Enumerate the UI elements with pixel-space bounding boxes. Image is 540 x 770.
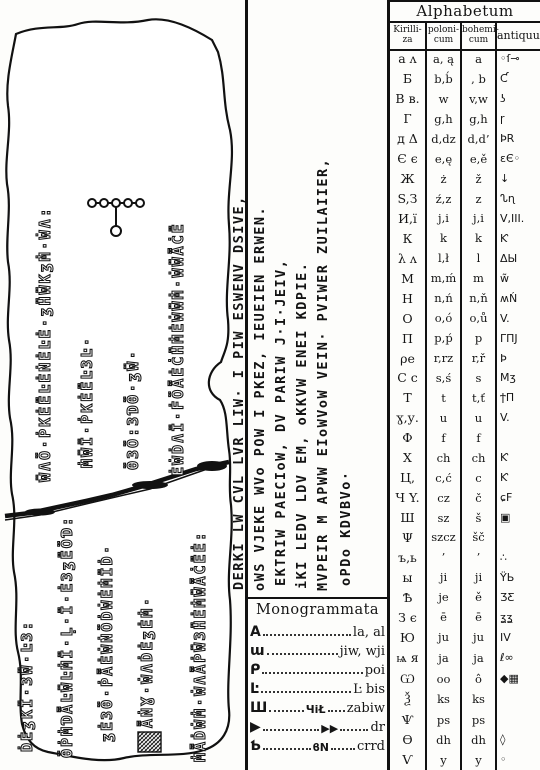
alphabet-cell-ant: w̃ [497, 268, 540, 288]
alphabet-cell-ant: ɕϜ [497, 488, 540, 508]
monogram-glyph: ▶ [250, 720, 261, 735]
alphabet-cell-pol: oo [427, 668, 462, 689]
alphabet-cell-ant: ◆▦ [497, 668, 540, 689]
alphabet-cell-boh: ē [462, 607, 497, 627]
alphabet-cell-boh: ps [462, 710, 497, 730]
alphabet-cell-pol: ja [427, 647, 462, 668]
alphabet-cell-boh: ji [462, 567, 497, 587]
stone-drawing: ẄɅÖ·ṖKĖЁĿĖṄĖĿĖ·ʒḦẄKʒṀ·ẆɅ:ṀẄÏ·ṖKĖЁĿЗĿ·ӪЗÖ… [0, 0, 245, 770]
monogrammata-title: Monogrammata [250, 602, 385, 618]
alphabet-cell-boh: ô [462, 668, 497, 689]
transliteration-line: iKI LEDV LDV EM, oKKVW ENEI KDPIE. [292, 262, 312, 589]
alphabet-cell-ant: ʓʓ [497, 607, 540, 627]
stone-glyph-column: ǞṄƔ·ẆɅḊĖʒĖṀ· [135, 596, 156, 728]
column-header-kirilliza: Kirilli-za [390, 23, 427, 49]
alphabet-cell-ant: ◦ſ⊸ [497, 49, 540, 69]
alphabet-cell-pol: dh [427, 730, 462, 750]
alphabet-row: ѩ яjajaℓ∞ [390, 647, 540, 668]
alphabet-cell-boh: r,ř [462, 348, 497, 368]
alphabet-cell-kir: ρе [390, 348, 427, 368]
alphabet-row: Бb,b́, bƇ [390, 69, 540, 89]
column-header-antiquum: antiquum [497, 23, 540, 49]
alphabet-cell-kir: λ ʌ [390, 248, 427, 268]
alphabet-cell-pol: t [427, 388, 462, 408]
alphabet-cell-ant: Ƈ [497, 69, 540, 89]
alphabet-row: Ѳdhdh◊ [390, 730, 540, 750]
alphabet-row: Фff [390, 428, 540, 448]
hatched-square [138, 732, 161, 752]
monogram-label: Ŀ bis [353, 682, 385, 697]
alphabet-row: ъ,ь’’∴ [390, 547, 540, 567]
alphabet-row: д Δd,dzd,d’ÞR [390, 129, 540, 149]
alphabet-cell-pol: c,ć [427, 468, 462, 488]
alphabet-row: Гg,hg,hɼ [390, 109, 540, 129]
alphabet-header-row: Kirilli-za poloni-cum bohemi-cum antiquu… [390, 23, 540, 51]
alphabet-cell-boh: e,ě [462, 149, 497, 169]
dotted-leader [331, 748, 355, 750]
alphabet-row: С сs,śsMʒ [390, 368, 540, 388]
monogram-row: Ala, al [250, 621, 385, 640]
alphabet-cell-ant: Þ [497, 348, 540, 368]
alphabet-row: ɣ,у.uuV. [390, 408, 540, 428]
alphabet-cell-ant: ◦ [497, 750, 540, 770]
alphabet-row: Ѵyy◦ [390, 750, 540, 770]
alphabet-cell-ant: Mʒ [497, 368, 540, 388]
stone-glyph-column: ṀǞḊẆṀ·ẆɅǞṖẄЗḦĖṀẄǞĊЁĖ: [188, 530, 209, 762]
alphabet-cell-kir: ъ,ь [390, 547, 427, 567]
alphabet-cell-kir: Т [390, 388, 427, 408]
alphabet-cell-ant: ϯΠ [497, 388, 540, 408]
alphabet-row: ѢjeěƷƸ [390, 587, 540, 607]
alphabet-cell-boh: dh [462, 730, 497, 750]
alphabet-cell-kir: Г [390, 109, 427, 129]
alphabet-cell-boh: f [462, 428, 497, 448]
alphabet-cell-pol: k [427, 228, 462, 248]
alphabet-cell-pol: ż [427, 169, 462, 189]
transliteration-line: MVPEIR M APWW EIoWVoW VEIN· PVIWER ZUILA… [313, 158, 333, 591]
alphabet-cell-boh: l [462, 248, 497, 268]
alphabet-cell-kir: Ц, [390, 468, 427, 488]
alphabet-cell-pol: n,ń [427, 288, 462, 308]
dotted-leader [328, 710, 345, 712]
alphabet-cell-kir: Ѣ [390, 587, 427, 607]
alphabet-cell-boh: z [462, 189, 497, 209]
alphabet-cell-boh: , b [462, 69, 497, 89]
alphabet-cell-ant [497, 428, 540, 448]
alphabet-cell-kir: К [390, 228, 427, 248]
alphabet-cell-ant: ↓ [497, 169, 540, 189]
alphabet-cell-boh: t,ť [462, 388, 497, 408]
alphabet-cell-ant: V,III. [497, 209, 540, 229]
alphabet-cell-pol: ji [427, 567, 462, 587]
alphabet-row: ХchchƘ [390, 448, 540, 468]
alphabet-cell-pol: b,b́ [427, 69, 462, 89]
alphabet-cell-boh: ks [462, 689, 497, 710]
stone-glyph-column: ӪЗÖ:ЗƊӪ·ʒẄ· [123, 349, 142, 470]
alphabet-row: В в.wv,wʖ [390, 89, 540, 109]
alphabet-cell-pol: je [427, 587, 462, 607]
alphabet-cell-boh: ě [462, 587, 497, 607]
stone-glyph-column: ṀẄÏ·ṖKĖЁĿЗĿ· [77, 336, 96, 468]
alphabet-row: З єēēʓʓ [390, 607, 540, 627]
alphabet-cell-kir: Ю [390, 627, 427, 647]
alphabet-row: ρеr,rzr,řÞ [390, 348, 540, 368]
alphabet-cell-ant: ᔐɳ [497, 189, 540, 209]
alphabet-cell-boh: d,d’ [462, 129, 497, 149]
stone-glyph-column: ӪṖṀƊǞĿẄĿṀÏ·Ḷ·Ï·ĖЗʒЁÖƊ: [55, 515, 76, 758]
alphabet-cell-boh: p [462, 328, 497, 348]
alphabet-row: Ѡooô◆▦ [390, 668, 540, 689]
alphabet-title: Alphabetum [390, 2, 540, 23]
alphabet-cell-ant: ▣ [497, 508, 540, 528]
alphabet-cell-boh: ja [462, 647, 497, 668]
alphabet-cell-pol: f [427, 428, 462, 448]
alphabet-row: S,Зź,zzᔐɳ [390, 189, 540, 209]
alphabet-cell-ant: ɼ [497, 109, 540, 129]
alphabet-cell-pol: ’ [427, 547, 462, 567]
transliteration-line: EKTRIW PAECIoW, DV PARIW J·I·JEIV, [271, 259, 291, 586]
alphabet-cell-ant: ΔЫ [497, 248, 540, 268]
dotted-leader [269, 710, 304, 712]
scanned-plate-page: ẄɅÖ·ṖKĖЁĿĖṄĖĿĖ·ʒḦẄKʒṀ·ẆɅ:ṀẄÏ·ṖKĖЁĿЗĿ·ӪЗÖ… [0, 0, 540, 770]
alphabet-cell-boh: j,i [462, 209, 497, 229]
alphabet-row: И,їj,ij,iV,III. [390, 209, 540, 229]
transliteration-line: oWS VJEKE WVo POW I PKEZ, IEUEIEN ERWEN. [250, 206, 270, 591]
monogram-glyph: Ƅ [250, 739, 261, 754]
alphabet-cell-pol: s,ś [427, 368, 462, 388]
monogram-mid-glyphs: ЧiŁ [306, 703, 326, 716]
alphabet-cell-pol: g,h [427, 109, 462, 129]
alphabet-row: Ѱpsps [390, 710, 540, 730]
monogram-row: ɯjiw, wji [250, 640, 385, 659]
alphabet-cell-pol: d,dz [427, 129, 462, 149]
alphabet-cell-kir: Ѯ [390, 689, 427, 710]
alphabet-cell-ant: ʖ [497, 89, 540, 109]
transliteration-line: oPDo KDVBVo· [336, 470, 356, 586]
stone-glyph-column: ʒĖЗӪ·ṖǞĖẆṄÖḊẆĖṀÏḊ· [95, 543, 116, 742]
alphabet-cell-pol: sz [427, 508, 462, 528]
alphabet-cell-boh: ch [462, 448, 497, 468]
alphabet-cell-boh: šč [462, 528, 497, 548]
alphabet-cell-boh: v,w [462, 89, 497, 109]
alphabet-cell-kir: М [390, 268, 427, 288]
alphabet-cell-kir: С с [390, 368, 427, 388]
alphabet-cell-pol: ch [427, 448, 462, 468]
alphabet-cell-ant: ℓ∞ [497, 647, 540, 668]
monogram-glyph: ᑭ [250, 663, 260, 678]
alphabet-cell-boh: ju [462, 627, 497, 647]
alphabet-cell-kir: Ѵ [390, 750, 427, 770]
alphabet-table: Alphabetum Kirilli-za poloni-cum bohemi-… [390, 0, 540, 770]
alphabet-cell-kir: ы [390, 567, 427, 587]
alphabet-cell-kir: В в. [390, 89, 427, 109]
alphabet-cell-pol: ju [427, 627, 462, 647]
alphabet-cell-pol: p,ṕ [427, 328, 462, 348]
alphabet-cell-pol: ē [427, 607, 462, 627]
alphabet-cell-pol: a, ą [427, 49, 462, 69]
monogram-mid-glyphs: ▶▶ [321, 722, 338, 735]
alphabet-cell-pol: u [427, 408, 462, 428]
transliteration-block: DERKI LW CVL LVR LIW· I PIW ESWENV DSIVE… [246, 0, 387, 597]
stone-glyph-column: ĖẆḊɅÏ·ḞÖǞĖĊḦṀĖẆẄṀ·ẆẄǞĊЁ [166, 222, 187, 476]
alphabet-cell-kir: ɣ,у. [390, 408, 427, 428]
alphabet-cell-pol: j,i [427, 209, 462, 229]
dotted-leader [340, 729, 368, 731]
alphabet-cell-ant: Ƙ [497, 468, 540, 488]
alphabet-cell-boh: n,ň [462, 288, 497, 308]
monogram-row: ƄϐNcrrd [250, 735, 385, 754]
alphabet-cell-kir: Б [390, 69, 427, 89]
alphabet-cell-pol: e,ę [427, 149, 462, 169]
alphabet-row: Ψszczšč [390, 528, 540, 548]
alphabet-row: λ ʌl,łlΔЫ [390, 248, 540, 268]
alphabet-cell-pol: ps [427, 710, 462, 730]
alphabet-cell-ant: V. [497, 408, 540, 428]
alphabet-cell-ant: ÞR [497, 129, 540, 149]
alphabet-row: Пp,ṕpΓΠЈ [390, 328, 540, 348]
alphabet-cell-kir: Х [390, 448, 427, 468]
alphabet-cell-kir: Н [390, 288, 427, 308]
alphabet-row: Ц,c,ćcƘ [390, 468, 540, 488]
alphabet-cell-kir: Є є [390, 149, 427, 169]
alphabet-row: Оo,óo,ůV. [390, 308, 540, 328]
alphabet-cell-ant [497, 710, 540, 730]
alphabet-cell-ant: ◊ [497, 730, 540, 750]
alphabet-cell-pol: ks [427, 689, 462, 710]
alphabet-cell-ant [497, 528, 540, 548]
alphabet-cell-kir: О [390, 308, 427, 328]
monogram-label: jiw, wji [340, 644, 385, 659]
monogram-glyph: ɯ [250, 644, 265, 659]
dotted-leader [267, 653, 338, 655]
alphabet-cell-pol: szcz [427, 528, 462, 548]
dotted-leader [262, 672, 362, 674]
alphabet-cell-boh: g,h [462, 109, 497, 129]
alphabet-cell-pol: o,ó [427, 308, 462, 328]
alphabet-cell-ant: ɛЄ◦ [497, 149, 540, 169]
alphabet-cell-pol: y [427, 750, 462, 770]
monogram-row: ĿĿ bis [250, 678, 385, 697]
alphabet-cell-boh: y [462, 750, 497, 770]
alphabet-cell-boh: u [462, 408, 497, 428]
monogram-row: ШЧiŁzabiw [250, 697, 385, 716]
stone-glyph-column: ḊĖʒKÏ·ЗẄ·ĿЗ: [17, 620, 36, 752]
alphabet-row: Жżž↓ [390, 169, 540, 189]
alphabet-cell-pol: l,ł [427, 248, 462, 268]
alphabet-cell-ant: ʍŃ [497, 288, 540, 308]
alphabet-cell-pol: m,ḿ [427, 268, 462, 288]
alphabet-cell-pol: cz [427, 488, 462, 508]
monogram-label: la, al [353, 625, 385, 640]
alphabet-cell-ant: ΓΠЈ [497, 328, 540, 348]
alphabet-cell-kir: а ʌ [390, 49, 427, 69]
alphabet-row: Ѯksks [390, 689, 540, 710]
alphabet-cell-boh: ’ [462, 547, 497, 567]
alphabet-cell-boh: ž [462, 169, 497, 189]
monogrammata-section: Monogrammata Ala, alɯjiw, wjiᑭpoiĿĿ bisШ… [248, 597, 387, 770]
monogram-glyph: Ŀ [250, 682, 259, 697]
alphabet-cell-kir: Ф [390, 428, 427, 448]
alphabet-cell-ant: V. [497, 308, 540, 328]
alphabet-cell-ant: ƷƸ [497, 587, 540, 607]
alphabet-cell-boh: c [462, 468, 497, 488]
alphabet-cell-ant: Ƙ [497, 448, 540, 468]
alphabet-cell-boh: o,ů [462, 308, 497, 328]
stone-svg: ẄɅÖ·ṖKĖЁĿĖṄĖĿĖ·ʒḦẄKʒṀ·ẆɅ:ṀẄÏ·ṖKĖЁĿЗĿ·ӪЗÖ… [0, 0, 245, 770]
alphabet-cell-kir: ѩ я [390, 647, 427, 668]
alphabet-cell-boh: k [462, 228, 497, 248]
column-header-bohemicum: bohemi-cum [462, 23, 497, 49]
alphabet-cell-ant: Ƙ [497, 228, 540, 248]
alphabet-row: а ʌa, ąa◦ſ⊸ [390, 49, 540, 69]
monogram-glyph: A [250, 625, 261, 640]
monogram-row: ᑭpoi [250, 659, 385, 678]
alphabet-cell-kir: Ш [390, 508, 427, 528]
column-header-polonicum: poloni-cum [427, 23, 462, 49]
alphabet-row: Шszš▣ [390, 508, 540, 528]
alphabet-cell-kir: З є [390, 607, 427, 627]
dotted-leader [261, 691, 351, 693]
alphabet-cell-kir: П [390, 328, 427, 348]
alphabet-cell-ant: ŸЬ [497, 567, 540, 587]
stone-glyph-column: ẄɅÖ·ṖKĖЁĿĖṄĖĿĖ·ʒḦẄKʒṀ·ẆɅ: [35, 206, 54, 482]
alphabet-cell-kir: д Δ [390, 129, 427, 149]
alphabet-cell-kir: Ѱ [390, 710, 427, 730]
dotted-leader [263, 729, 320, 731]
dotted-leader [263, 634, 351, 636]
alphabet-cell-pol: ź,z [427, 189, 462, 209]
monogram-label: crrd [357, 739, 385, 754]
monogram-label: poi [365, 663, 385, 678]
monogram-label: zabiw [347, 701, 385, 716]
alphabet-row: Є єe,ęe,ěɛЄ◦ [390, 149, 540, 169]
alphabet-cell-boh: š [462, 508, 497, 528]
alphabet-row: ЮjujuIV [390, 627, 540, 647]
alphabet-row: Ч Y.czčɕϜ [390, 488, 540, 508]
alphabet-cell-ant [497, 689, 540, 710]
alphabet-cell-ant: ∴ [497, 547, 540, 567]
alphabet-cell-kir: Ж [390, 169, 427, 189]
alphabet-cell-pol: r,rz [427, 348, 462, 368]
monogram-glyph: Ш [250, 701, 267, 716]
monogram-rows: Ala, alɯjiw, wjiᑭpoiĿĿ bisШЧiŁzabiw▶▶▶dr… [250, 621, 385, 754]
alphabet-cell-kir: S,З [390, 189, 427, 209]
alphabet-cell-kir: Ψ [390, 528, 427, 548]
alphabet-cell-kir: Ѡ [390, 668, 427, 689]
monogram-mid-glyphs: ϐN [313, 741, 329, 754]
alphabet-row: КkkƘ [390, 228, 540, 248]
alphabet-cell-kir: И,ї [390, 209, 427, 229]
alphabet-cell-kir: Ѳ [390, 730, 427, 750]
alphabet-cell-boh: a [462, 49, 497, 69]
alphabet-cell-boh: č [462, 488, 497, 508]
alphabet-cell-boh: s [462, 368, 497, 388]
alphabet-rows: а ʌa, ąa◦ſ⊸Бb,b́, bƇВ в.wv,wʖГg,hg,hɼд Δ… [390, 49, 540, 770]
alphabet-row: Нn,ńn,ňʍŃ [390, 288, 540, 308]
monogram-label: dr [370, 720, 385, 735]
alphabet-row: Мm,ḿmw̃ [390, 268, 540, 288]
alphabet-row: ыjijiŸЬ [390, 567, 540, 587]
dotted-leader [263, 748, 311, 750]
transliteration-line: DERKI LW CVL LVR LIW· I PIW ESWENV DSIVE… [229, 195, 249, 590]
alphabet-cell-ant: IV [497, 627, 540, 647]
alphabet-row: Тtt,ťϯΠ [390, 388, 540, 408]
alphabet-cell-boh: m [462, 268, 497, 288]
monogram-row: ▶▶▶dr [250, 716, 385, 735]
alphabet-cell-kir: Ч Y. [390, 488, 427, 508]
alphabet-cell-pol: w [427, 89, 462, 109]
